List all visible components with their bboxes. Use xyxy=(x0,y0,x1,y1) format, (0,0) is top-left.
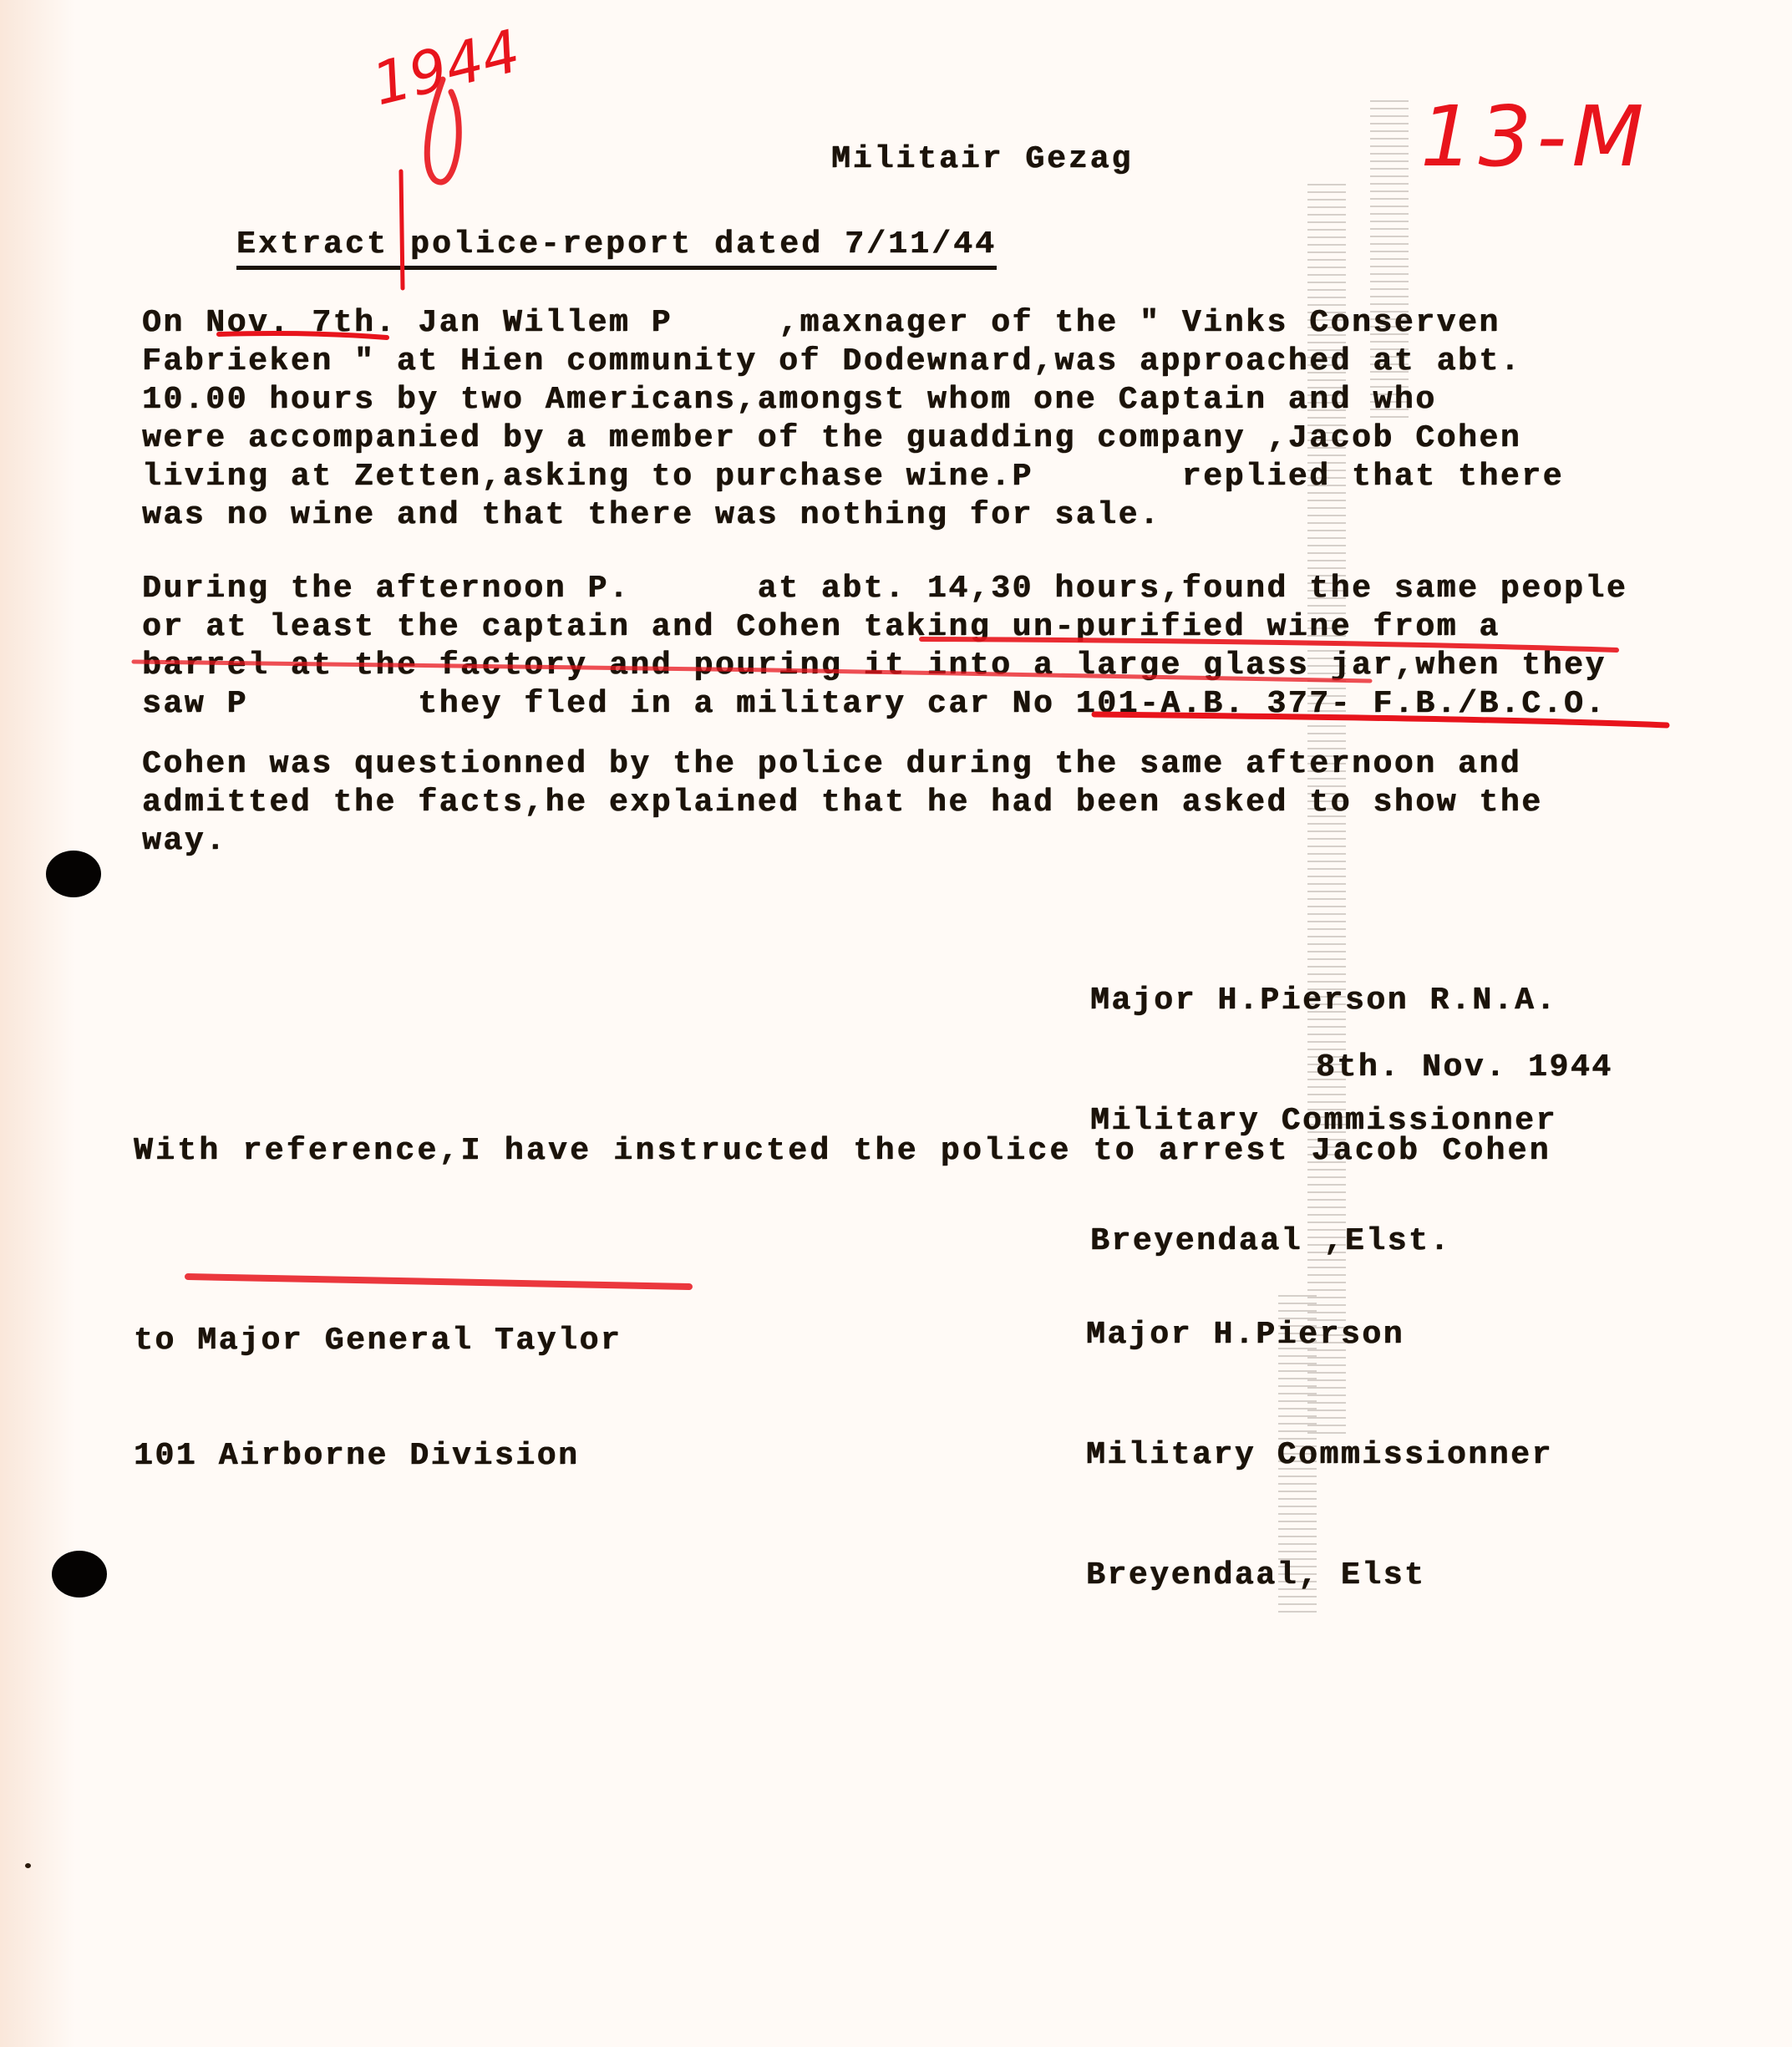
paragraph-line: 10.00 hours by two Americans,amongst who… xyxy=(142,381,1564,419)
addressee-line: 101 Airborne Division xyxy=(134,1437,622,1476)
subject-line: Extract police-report dated 7/11/44 xyxy=(236,226,997,270)
ink-speck xyxy=(25,1863,31,1868)
paragraph-line: or at least the captain and Cohen taking… xyxy=(142,608,1627,647)
signature-line: Breyendaal, Elst xyxy=(1086,1556,1553,1596)
reference-line: With reference,I have instructed the pol… xyxy=(134,1132,1551,1171)
punch-hole-top xyxy=(46,851,101,897)
signature-block-2: Major H.Pierson Military Commissionner B… xyxy=(1086,1235,1553,1676)
paragraph-2: During the afternoon P. at abt. 14,30 ho… xyxy=(142,570,1627,724)
paragraph-line: On Nov. 7th. Jan Willem P ,maxnager of t… xyxy=(142,304,1564,343)
paragraph-line: During the afternoon P. at abt. 14,30 ho… xyxy=(142,570,1627,608)
paragraph-line: Cohen was questionned by the police duri… xyxy=(142,745,1543,784)
punch-hole-bottom xyxy=(52,1551,107,1597)
paragraph-line: barrel at the factory and pouring it int… xyxy=(142,647,1627,685)
paragraph-line: living at Zetten,asking to purchase wine… xyxy=(142,458,1564,496)
handwritten-year-note: 1944 xyxy=(366,17,527,119)
addressee-line: to Major General Taylor xyxy=(134,1322,622,1360)
signature-line: Major H.Pierson R.N.A. xyxy=(1090,981,1557,1021)
addressee-block: to Major General Taylor 101 Airborne Div… xyxy=(134,1245,622,1552)
paragraph-line: was no wine and that there was nothing f… xyxy=(142,496,1564,535)
paragraph-line: were accompanied by a member of the guad… xyxy=(142,419,1564,458)
paragraph-1: On Nov. 7th. Jan Willem P ,maxnager of t… xyxy=(142,304,1564,535)
letter-date: 8th. Nov. 1944 xyxy=(1316,1049,1613,1087)
paragraph-3: Cohen was questionned by the police duri… xyxy=(142,745,1543,861)
document-page: 1944 13-M Militair Gezag Extract police-… xyxy=(0,0,1792,2047)
letterhead: Militair Gezag xyxy=(831,140,1133,179)
signature-line: Major H.Pierson xyxy=(1086,1315,1553,1355)
paragraph-line: admitted the facts,he explained that he … xyxy=(142,784,1543,822)
paragraph-line: saw P they fled in a military car No 101… xyxy=(142,685,1627,724)
signature-line: Military Commissionner xyxy=(1086,1435,1553,1476)
paragraph-line: way. xyxy=(142,822,1543,861)
paragraph-line: Fabrieken " at Hien community of Dodewna… xyxy=(142,343,1564,381)
handwritten-reference-mark: 13-M xyxy=(1420,88,1649,185)
